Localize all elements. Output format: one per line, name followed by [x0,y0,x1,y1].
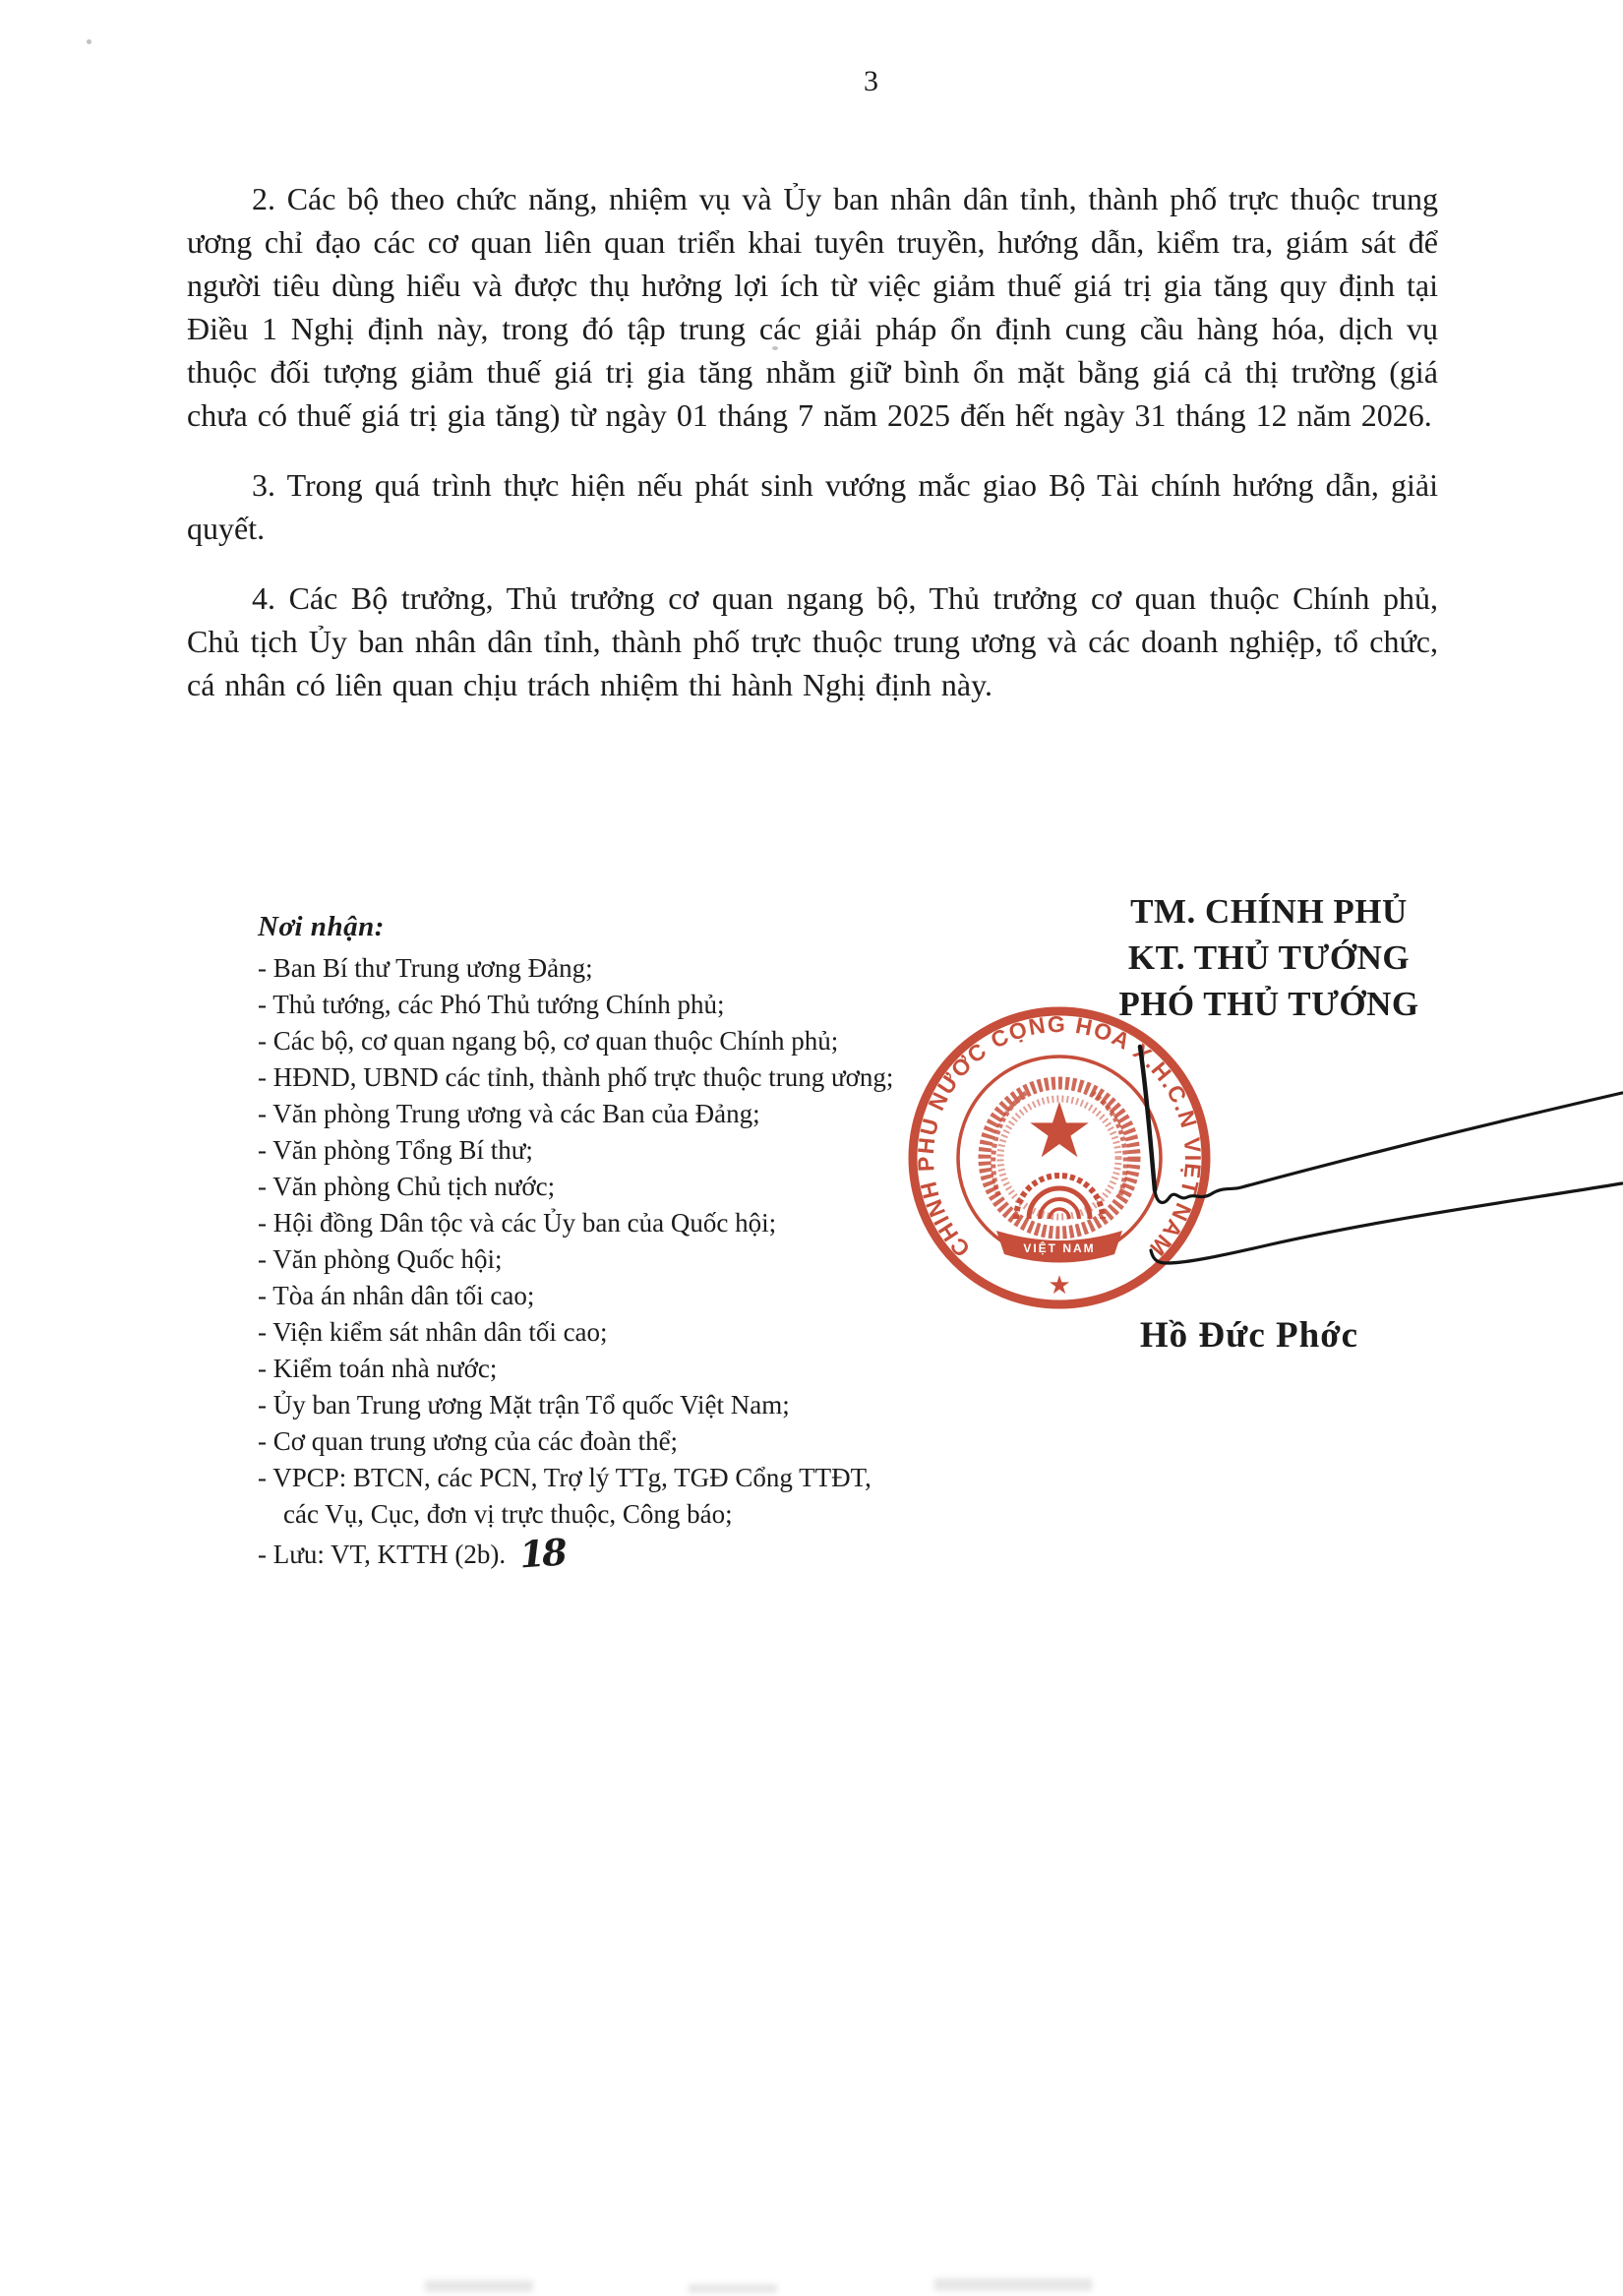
recipient-item: - Văn phòng Tổng Bí thư; [258,1132,946,1169]
recipients-block: Nơi nhận: - Ban Bí thư Trung ương Đảng; … [258,911,946,1573]
scan-speck [87,39,91,44]
document-body: 2. Các bộ theo chức năng, nhiệm vụ và Ủy… [187,177,1438,733]
recipient-item: - Văn phòng Trung ương và các Ban của Đả… [258,1096,946,1132]
seal-bottom-star: ★ [1048,1271,1070,1299]
recipient-item: - Văn phòng Chủ tịch nước; [258,1169,946,1205]
recipients-heading: Nơi nhận: [258,911,946,943]
document-paragraph: 3. Trong quá trình thực hiện nếu phát si… [187,463,1438,550]
recipient-item: - Các bộ, cơ quan ngang bộ, cơ quan thuộ… [258,1023,946,1059]
emblem-banner-text: VIỆT NAM [1023,1240,1095,1255]
official-seal: CHÍNH PHỦ NƯỚC CỘNG HÒA X.H.C.N VIỆT NAM… [902,1000,1217,1315]
national-emblem: VIỆT NAM [985,1083,1134,1263]
scan-speck [772,346,778,350]
document-page: 3 2. Các bộ theo chức năng, nhiệm vụ và … [0,0,1623,2296]
emblem-star [1030,1102,1088,1158]
document-paragraph: 4. Các Bộ trưởng, Thủ trưởng cơ quan nga… [187,576,1438,706]
page-number: 3 [864,65,878,98]
authority-line-1: TM. CHÍNH PHỦ [1062,888,1475,935]
scan-smudge [934,2278,1092,2291]
signer-name: Hồ Đức Phớc [1062,1314,1436,1357]
recipient-item: - HĐND, UBND các tỉnh, thành phố trực th… [258,1059,946,1096]
recipient-item-archive: - Lưu: VT, KTTH (2b).18 [258,1533,946,1573]
recipient-item: - Kiểm toán nhà nước; [258,1351,946,1387]
scan-smudge [689,2284,777,2293]
recipient-item: - VPCP: BTCN, các PCN, Trợ lý TTg, TGĐ C… [258,1460,946,1496]
recipient-item-continuation: các Vụ, Cục, đơn vị trực thuộc, Công báo… [258,1496,946,1533]
recipient-item: - Cơ quan trung ương của các đoàn thể; [258,1423,946,1460]
authority-line-2: KT. THỦ TƯỚNG [1062,935,1475,981]
recipient-item: - Tòa án nhân dân tối cao; [258,1278,946,1314]
recipient-item: - Hội đồng Dân tộc và các Ủy ban của Quố… [258,1205,946,1241]
handwritten-copy-count: 18 [518,1534,566,1573]
recipient-item: - Viện kiểm sát nhân dân tối cao; [258,1314,946,1351]
recipient-item: - Văn phòng Quốc hội; [258,1241,946,1278]
recipient-item: - Ban Bí thư Trung ương Đảng; [258,950,946,987]
recipient-item: - Ủy ban Trung ương Mặt trận Tổ quốc Việ… [258,1387,946,1423]
document-paragraph: 2. Các bộ theo chức năng, nhiệm vụ và Ủy… [187,177,1438,437]
archive-note: - Lưu: VT, KTTH (2b). [258,1540,506,1569]
scan-smudge [425,2280,533,2292]
recipient-item: - Thủ tướng, các Phó Thủ tướng Chính phủ… [258,987,946,1023]
